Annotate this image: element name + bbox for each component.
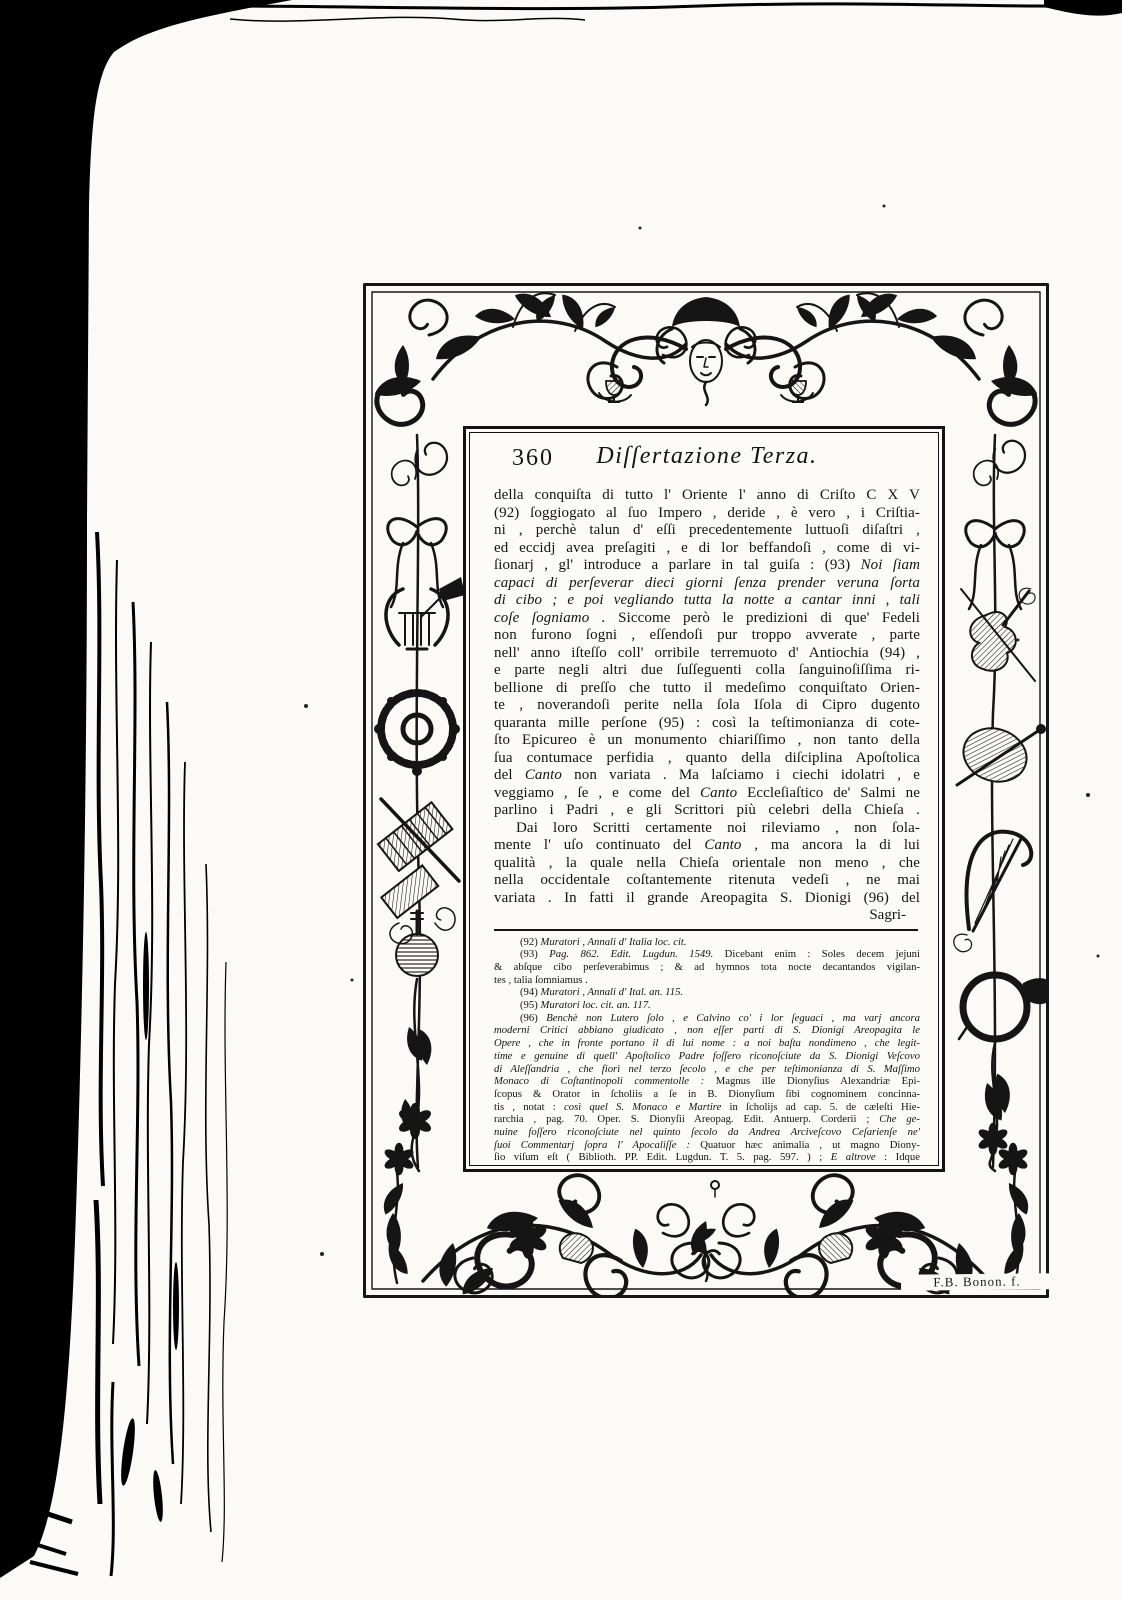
footnote-line: ſuoi Commentarj ſopra l' Apocaliſſe : Qu… [494, 1139, 920, 1152]
body-line: e parte negli altri due ſuſſeguenti coll… [494, 662, 920, 680]
body-line: ſionarj , gl' introduce a parlare in tal… [494, 557, 920, 575]
footnote-line: (92) Muratori , Annali d' Italia loc. ci… [494, 936, 920, 949]
bottom-center-finial [668, 1181, 745, 1283]
body-line: non furono ſogni , eſſendoſi pur troppo … [494, 627, 920, 645]
violin-icon [961, 588, 1035, 681]
body-line: Dai loro Scritti certamente noi rileviam… [494, 820, 920, 838]
footnote-line: Monaco di Coſtantinopoli commentolle : M… [494, 1075, 920, 1088]
footnote-line: (94) Muratori , Annali d' Ital. an. 115. [494, 986, 920, 999]
body-line: ſua contumace perfidia , quanto della di… [494, 750, 920, 768]
footnotes: (92) Muratori , Annali d' Italia loc. ci… [494, 936, 920, 1165]
body-text: della conquiſta di tutto l' Oriente l' a… [494, 487, 920, 907]
right-musical-trophy [954, 435, 1049, 1171]
catchword: Sagri- [494, 907, 920, 925]
footnote-line: time e genuine di quell' Apoſtolico Padr… [494, 1050, 920, 1063]
drum-icon [957, 720, 1046, 789]
body-line: nell' anno iſteſſo coll' orribile terrem… [494, 645, 920, 663]
footnote-line: di Aleſſandria , che fiorì nel terzo ſec… [494, 1063, 920, 1076]
body-line: della conquiſta di tutto l' Oriente l' a… [494, 487, 920, 505]
footnote-separator-rule [494, 929, 918, 931]
body-line: capaci di perſeverar dieci giorni ſenza … [494, 575, 920, 593]
body-line: ni , perchè talun d' eſſi precedentement… [494, 522, 920, 540]
top-edge-crack [230, 17, 585, 21]
footnote-line: (95) Muratori loc. cit. an. 117. [494, 999, 920, 1012]
footnote-line: & abſque cibo perſeverabimus ; & ad hymn… [494, 961, 920, 974]
body-line: del Canto non variata . Ma laſciamo i ci… [494, 767, 920, 785]
trumpet-icon [421, 577, 465, 617]
body-line: veggiamo , ſe , e come del Canto Eccleſi… [494, 785, 920, 803]
body-line: te , noverandoſi perite nella ſola Iſola… [494, 697, 920, 715]
footnote-line: moderni Critici abbiano giudicato , non … [494, 1024, 920, 1037]
body-line: di cibo ; e poi vegliando tutta la notte… [494, 592, 920, 610]
book-page-scan: 360 Diſſertazione Terza. della conquiſta… [0, 0, 1122, 1600]
top-border-ornament [372, 291, 1040, 429]
footnote-line: ſio viſum eſt ( Biblioth. PP. Edit. Lugd… [494, 1151, 920, 1164]
footnote-line: Opere , che in fronte portano il di lui … [494, 1037, 920, 1050]
body-line: (92) ſoggiogato al ſuo Impero , deride ,… [494, 505, 920, 523]
body-line: bellione di preſſo che tutto il medeſimo… [494, 680, 920, 698]
binding-shadow [0, 0, 292, 1578]
body-line: qualità , la quale nella Chieſa oriental… [494, 855, 920, 873]
body-line: ſto Epicureo è un monumento chiariſſimo … [494, 732, 920, 750]
body-line: quaranta mille perſone (95) : così la te… [494, 715, 920, 733]
footnote-line: (93) Pag. 862. Edit. Lugdun. 1549. Diceb… [494, 948, 920, 961]
body-line: nella occidentale coſtantemente ritenuta… [494, 872, 920, 890]
body-line: parlino i Padri , e gli Scrittori più ce… [494, 802, 920, 820]
page-header: 360 Diſſertazione Terza. [494, 443, 920, 481]
body-line: coſe ſogniamo . Siccome però le predizio… [494, 610, 920, 628]
footnote-line: rarchia , pag. 70. Oper. S. Dionyſii Are… [494, 1113, 920, 1126]
text-panel: 360 Diſſertazione Terza. della conquiſta… [463, 426, 945, 1172]
engraved-frame: 360 Diſſertazione Terza. della conquiſta… [363, 283, 1049, 1298]
text-panel-inner: 360 Diſſertazione Terza. della conquiſta… [469, 432, 939, 1166]
footnote-line: tis , notat : così quel S. Monaco e Mart… [494, 1101, 920, 1114]
left-musical-trophy [374, 435, 465, 1171]
footnote-line: (96) Benchè non Lutero ſolo , e Calvino … [494, 1012, 920, 1025]
top-right-blotch [1044, 0, 1122, 16]
body-line: ed eccidj avea preſagiti , e di lor beff… [494, 540, 920, 558]
hunting-horn-icon [959, 975, 1049, 1039]
running-title: Diſſertazione Terza. [494, 443, 920, 470]
footnote-line: tes , talia ſomniamus . [494, 974, 920, 987]
engraver-signature: F.B. Bonon. f. [901, 1273, 1053, 1291]
footnote-line: ſcopus & Orator in ſcholiis a ſe in B. D… [494, 1088, 920, 1101]
body-line: variata . In fatti il grande Areopagita … [494, 890, 920, 908]
footnote-line: nuine foſſero riconoſciute nel quinto ſe… [494, 1126, 920, 1139]
body-line: mente l' uſo continuato del Canto , ma a… [494, 837, 920, 855]
page-number: 360 [512, 445, 554, 472]
grotesque-mask-icon [612, 297, 800, 405]
